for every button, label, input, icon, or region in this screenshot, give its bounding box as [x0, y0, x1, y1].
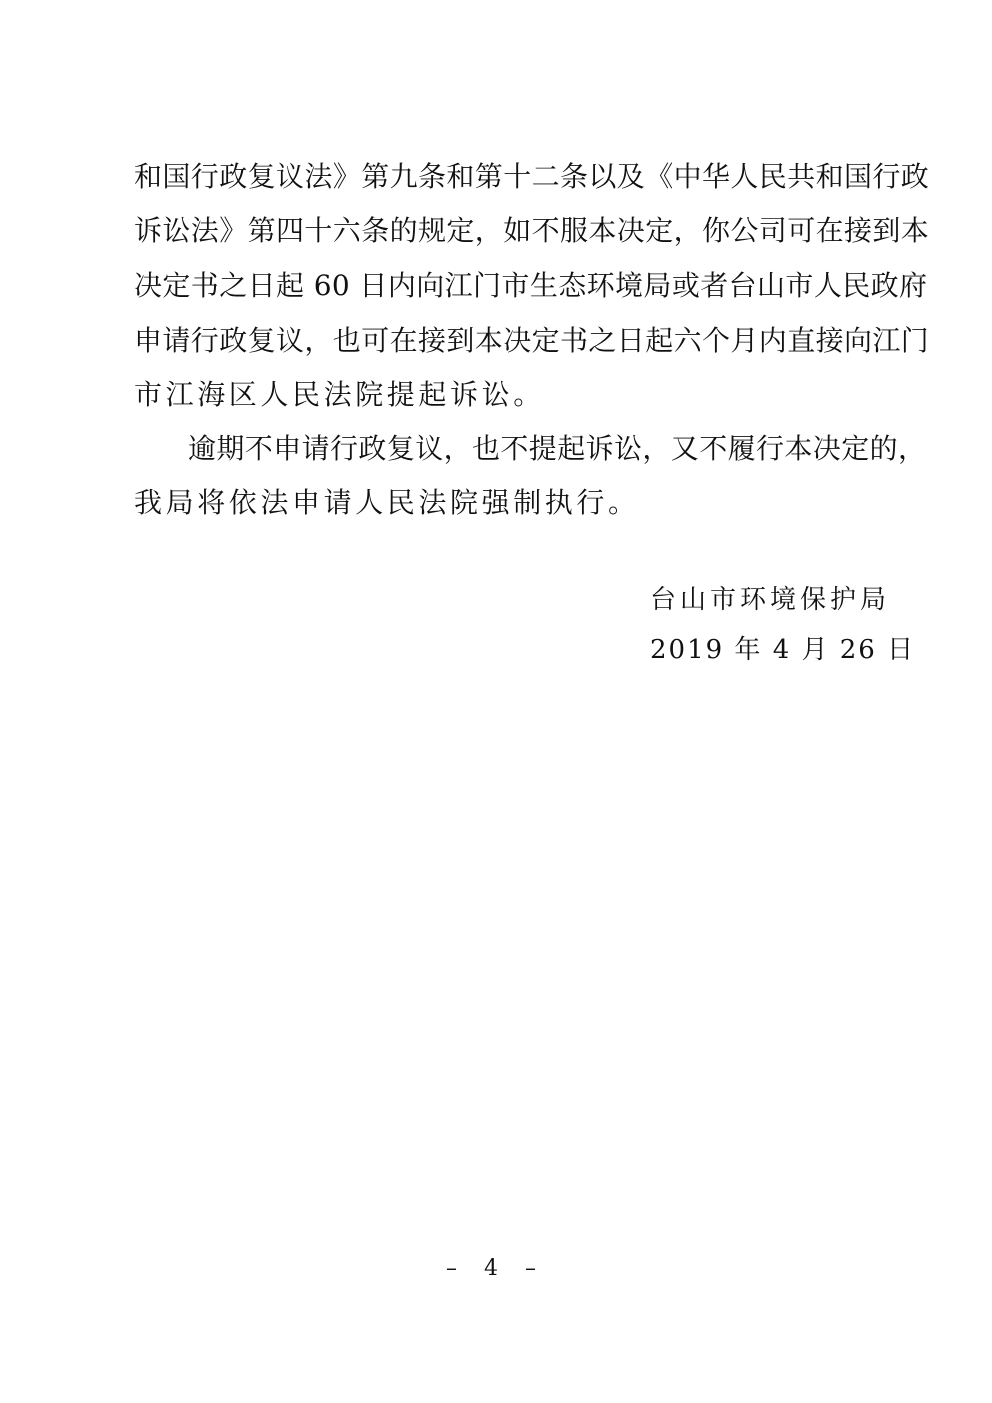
signature-date: 2019 年 4 月 26 日	[650, 634, 915, 666]
paragraph-1-line-3: 决定书之日起 60 日内向江门市生态环境局或者台山市人民政府	[134, 269, 864, 303]
page-number: – 4 –	[0, 1255, 992, 1283]
paragraph-1-line-4: 申请行政复议，也可在接到本决定书之日起六个月内直接向江门	[134, 324, 864, 358]
document-page: 和国行政复议法》第九条和第十二条以及《中华人民共和国行政 诉讼法》第四十六条的规…	[0, 0, 992, 1403]
paragraph-1-line-2: 诉讼法》第四十六条的规定，如不服本决定，你公司可在接到本	[134, 214, 864, 248]
paragraph-2-line-2: 我局将依法申请人民法院强制执行。	[134, 486, 864, 520]
paragraph-2-line-1: 逾期不申请行政复议，也不提起诉讼，又不履行本决定的，	[188, 432, 864, 466]
signature-organization: 台山市环境保护局	[650, 584, 890, 616]
paragraph-1-line-5: 市江海区人民法院提起诉讼。	[134, 378, 864, 412]
paragraph-1-line-1: 和国行政复议法》第九条和第十二条以及《中华人民共和国行政	[134, 160, 864, 194]
